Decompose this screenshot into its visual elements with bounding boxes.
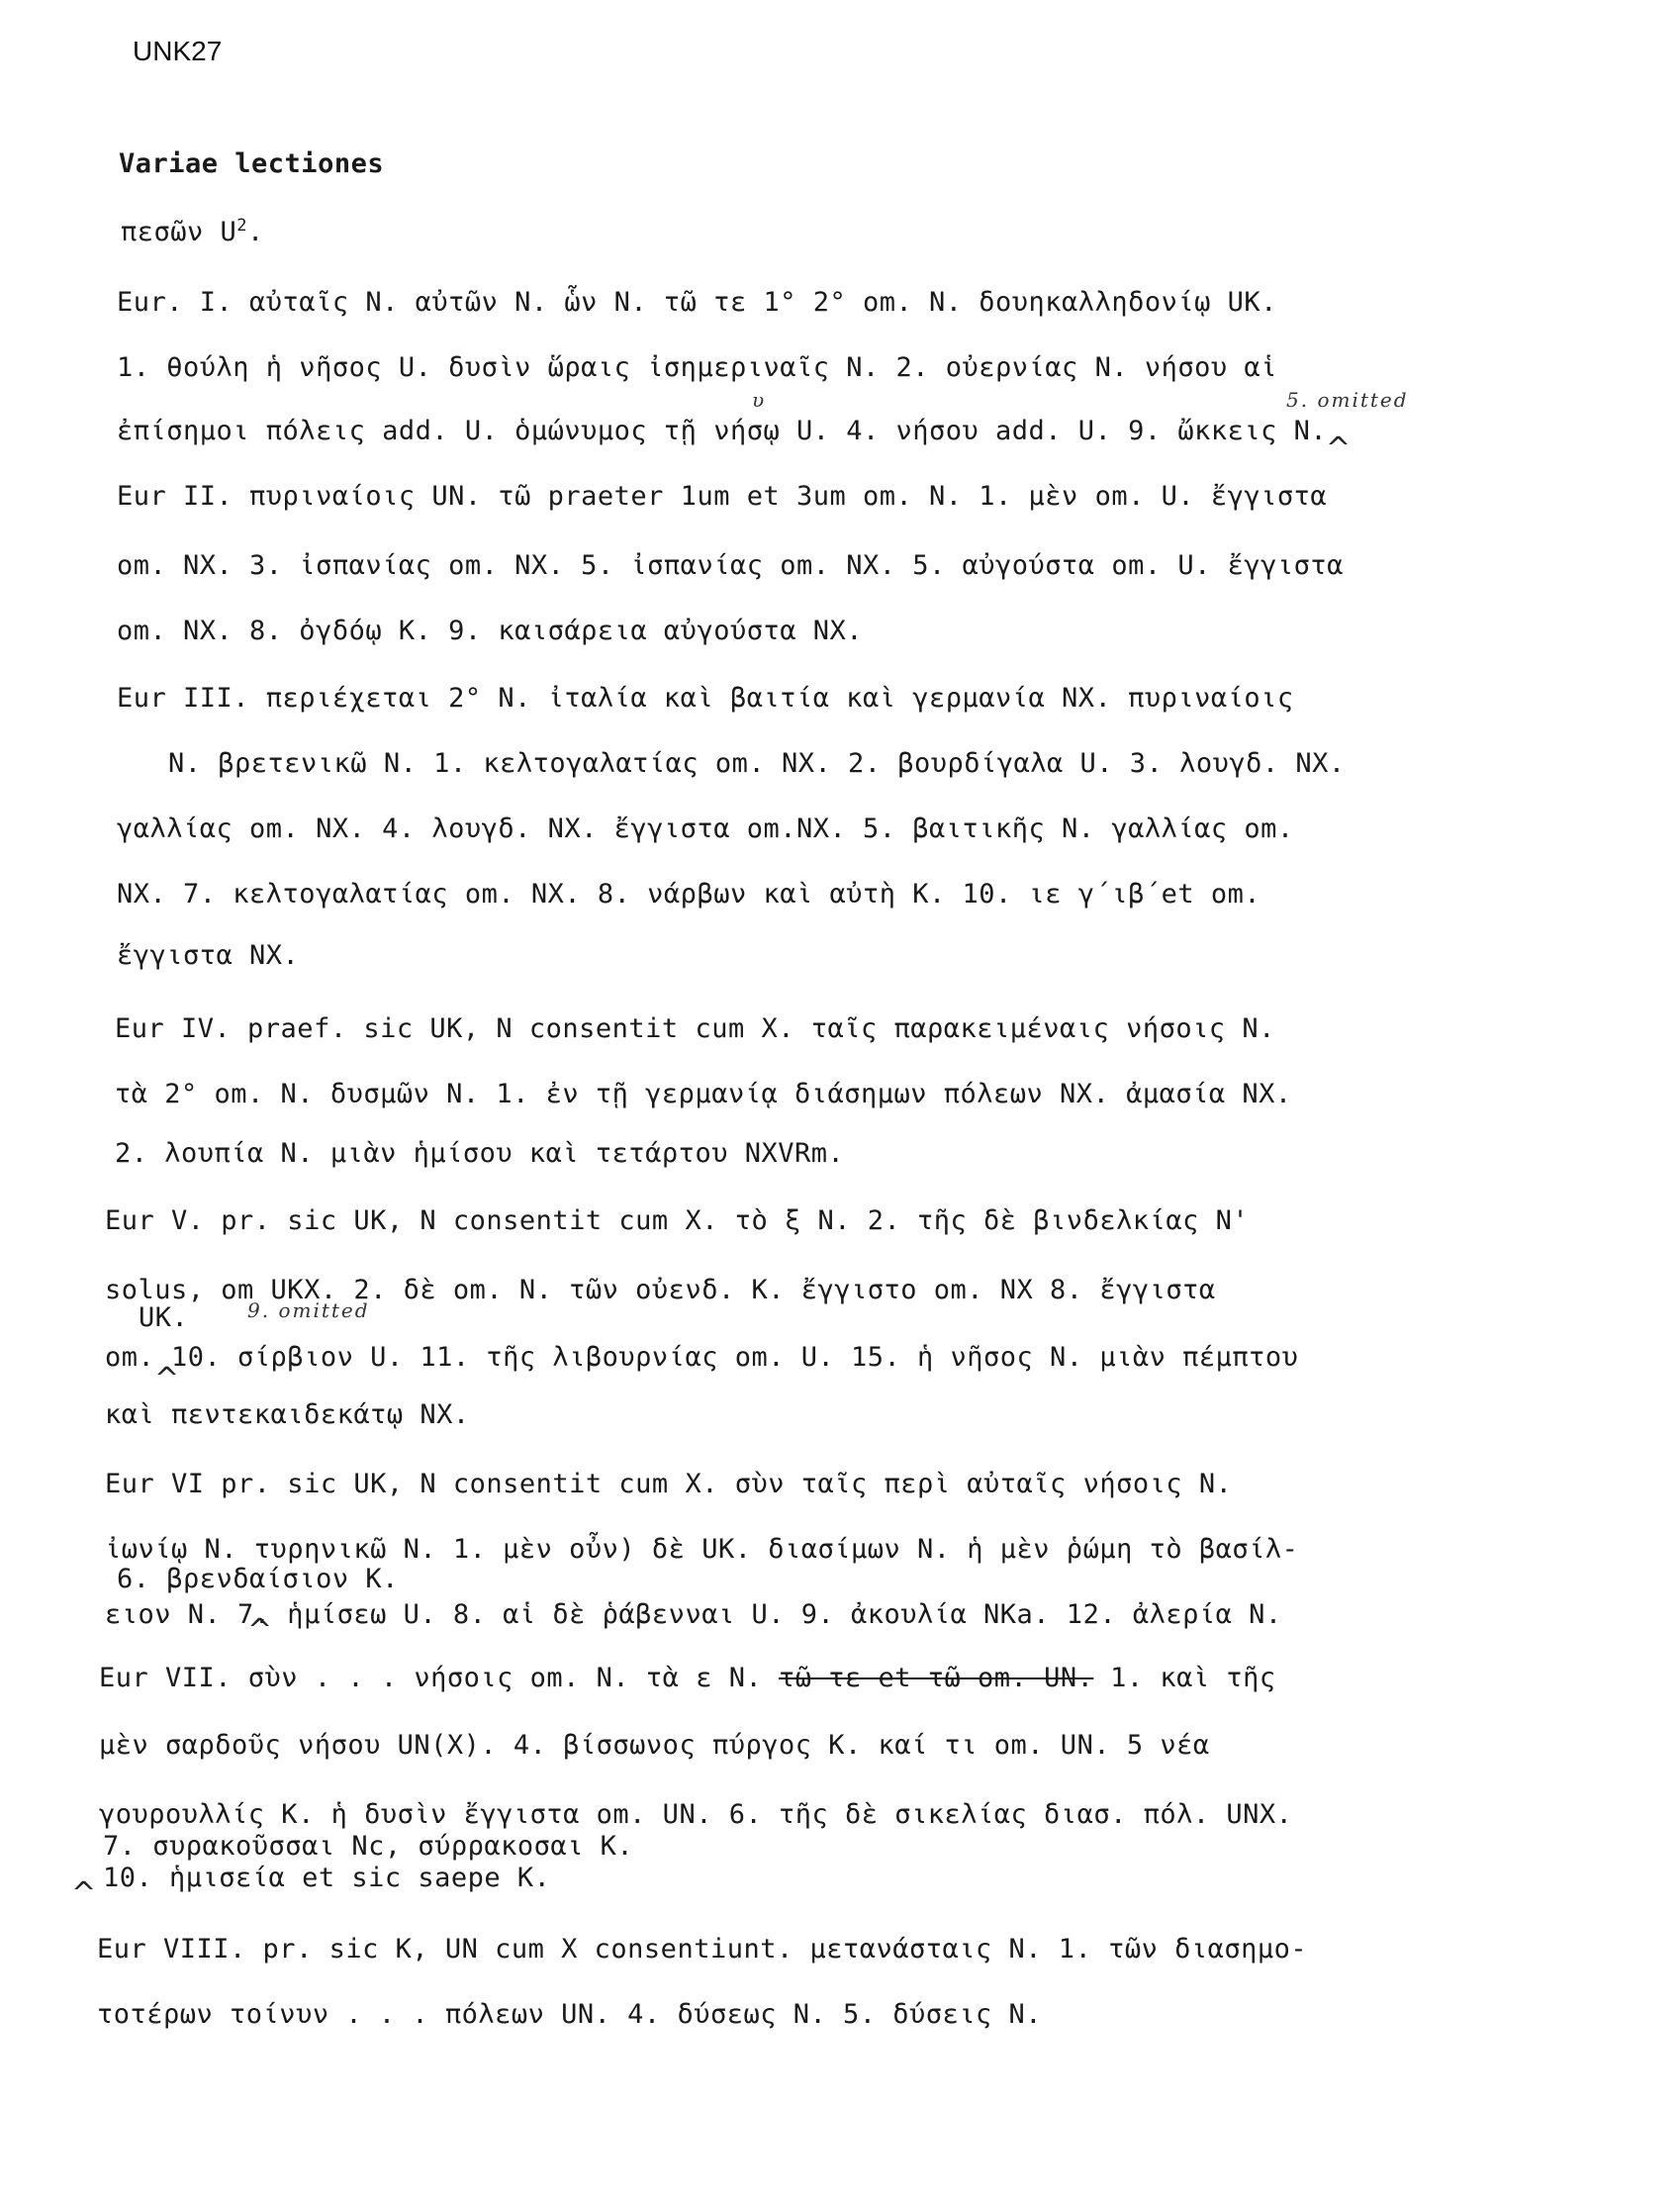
eur5-line-1: Eur V. pr. sic UK, N consentit cum X. τὸ… [105, 1205, 1249, 1236]
eur1-line-2: 1. θούλη ἡ νῆσος U. δυσὶν ὥραις ἰσημεριν… [117, 352, 1277, 383]
handwritten-upsilon: υ [752, 388, 766, 412]
eur7-line-4: 7. συρακοῦσσαι Nc, σύρρακοσαι K. [103, 1831, 633, 1862]
eur3-line-2: N. βρετενικῶ N. 1. κελτογαλατίας om. NX.… [168, 748, 1346, 779]
eur6-line-1: Eur VI pr. sic UK, N consentit cum X. σὺ… [105, 1469, 1232, 1499]
eur6-line-2: ἰωνίῳ N. τυρηνικῶ N. 1. μὲν οὖν) δὲ UK. … [105, 1534, 1298, 1565]
eur3-line-3: γαλλίας om. NX. 4. λουγδ. NX. ἔγγιστα om… [117, 814, 1294, 844]
insertion-caret-2: ^ [154, 1362, 179, 1396]
eur1-line-3: ἐπίσημοι πόλεις add. U. ὁμώνυμος τῇ νήσῳ… [117, 416, 1327, 446]
eur4-line-3: 2. λουπία N. μιὰν ἡμίσου καὶ τετάρτου NX… [115, 1138, 844, 1169]
insertion-caret-4: ^ [71, 1876, 96, 1911]
eur7-line-3: γουρουλλίς K. ἡ δυσὶν ἔγγιστα om. UN. 6.… [99, 1799, 1292, 1830]
eur7-line-2: μὲν σαρδοῦς νήσου UN(X). 4. βίσσωνος πύρ… [99, 1730, 1210, 1761]
eur7-line-5: 10. ἡμισεία et sic saepe K. [103, 1863, 550, 1893]
eur2-line-2: om. NX. 3. ἰσπανίας om. NX. 5. ἰσπανίας … [117, 550, 1344, 581]
eur3-line-1: Eur III. περιέχεται 2° N. ἰταλία καὶ βαι… [117, 683, 1294, 714]
eur3-line-4: NX. 7. κελτογαλατίας om. NX. 8. νάρβων κ… [117, 879, 1260, 910]
eur5-line-uk: UK. [139, 1302, 188, 1333]
page-id-label: UNK27 [133, 36, 222, 67]
intro-line: πεσῶν U2. [121, 216, 264, 247]
eur7-text-end: 1. καὶ τῆς [1110, 1663, 1276, 1693]
eur3-line-5: ἔγγιστα NX. [117, 940, 299, 971]
eur4-line-2: τὰ 2° om. N. δυσμῶν N. 1. ἐν τῇ γερμανίᾳ… [115, 1079, 1292, 1109]
eur5-line-4: καὶ πεντεκαιδεκάτῳ NX. [105, 1399, 470, 1430]
handwritten-note-omitted-2: 9. omitted [247, 1298, 370, 1322]
eur4-line-1: Eur IV. praef. sic UK, N consentit cum X… [115, 1013, 1275, 1044]
eur7-line-1: Eur VII. σὺν . . . νήσοις om. N. τὰ ε N.… [99, 1663, 1276, 1693]
handwritten-note-omitted: 5. omitted [1286, 388, 1409, 412]
eur7-text: Eur VII. σὺν . . . νήσοις om. N. τὰ ε N. [99, 1663, 762, 1693]
eur2-line-1: Eur II. πυριναίοις UN. τῶ praeter 1um et… [117, 481, 1327, 512]
eur6-line-3: ειον N. 7. ἡμίσεω U. 8. αἱ δὲ ῥάβενναι U… [105, 1599, 1282, 1630]
document-title: Variae lectiones [119, 148, 384, 179]
eur8-line-1: Eur VIII. pr. sic K, UN cum X consentiun… [97, 1934, 1307, 1964]
eur7-struck-text: τῶ τε et τῶ om. UN. [779, 1663, 1093, 1693]
insertion-caret: ^ [1326, 431, 1351, 466]
eur5-line-3: om. 10. σίρβιον U. 11. τῆς λιβουρνίας om… [105, 1342, 1298, 1373]
insertion-caret-3: ^ [247, 1613, 272, 1648]
eur8-line-2: τοτέρων τοίνυν . . . πόλεων UN. 4. δύσεω… [97, 1999, 1042, 2030]
eur1-line-1: Eur. I. αὐταῖς N. αὐτῶν N. ὧν N. τῶ τε 1… [117, 287, 1277, 318]
eur2-line-3: om. NX. 8. ὀγδόῳ K. 9. καισάρεια αὐγούστ… [117, 616, 863, 646]
eur6-line-insert: 6. βρενδαίσιον K. [117, 1564, 399, 1594]
